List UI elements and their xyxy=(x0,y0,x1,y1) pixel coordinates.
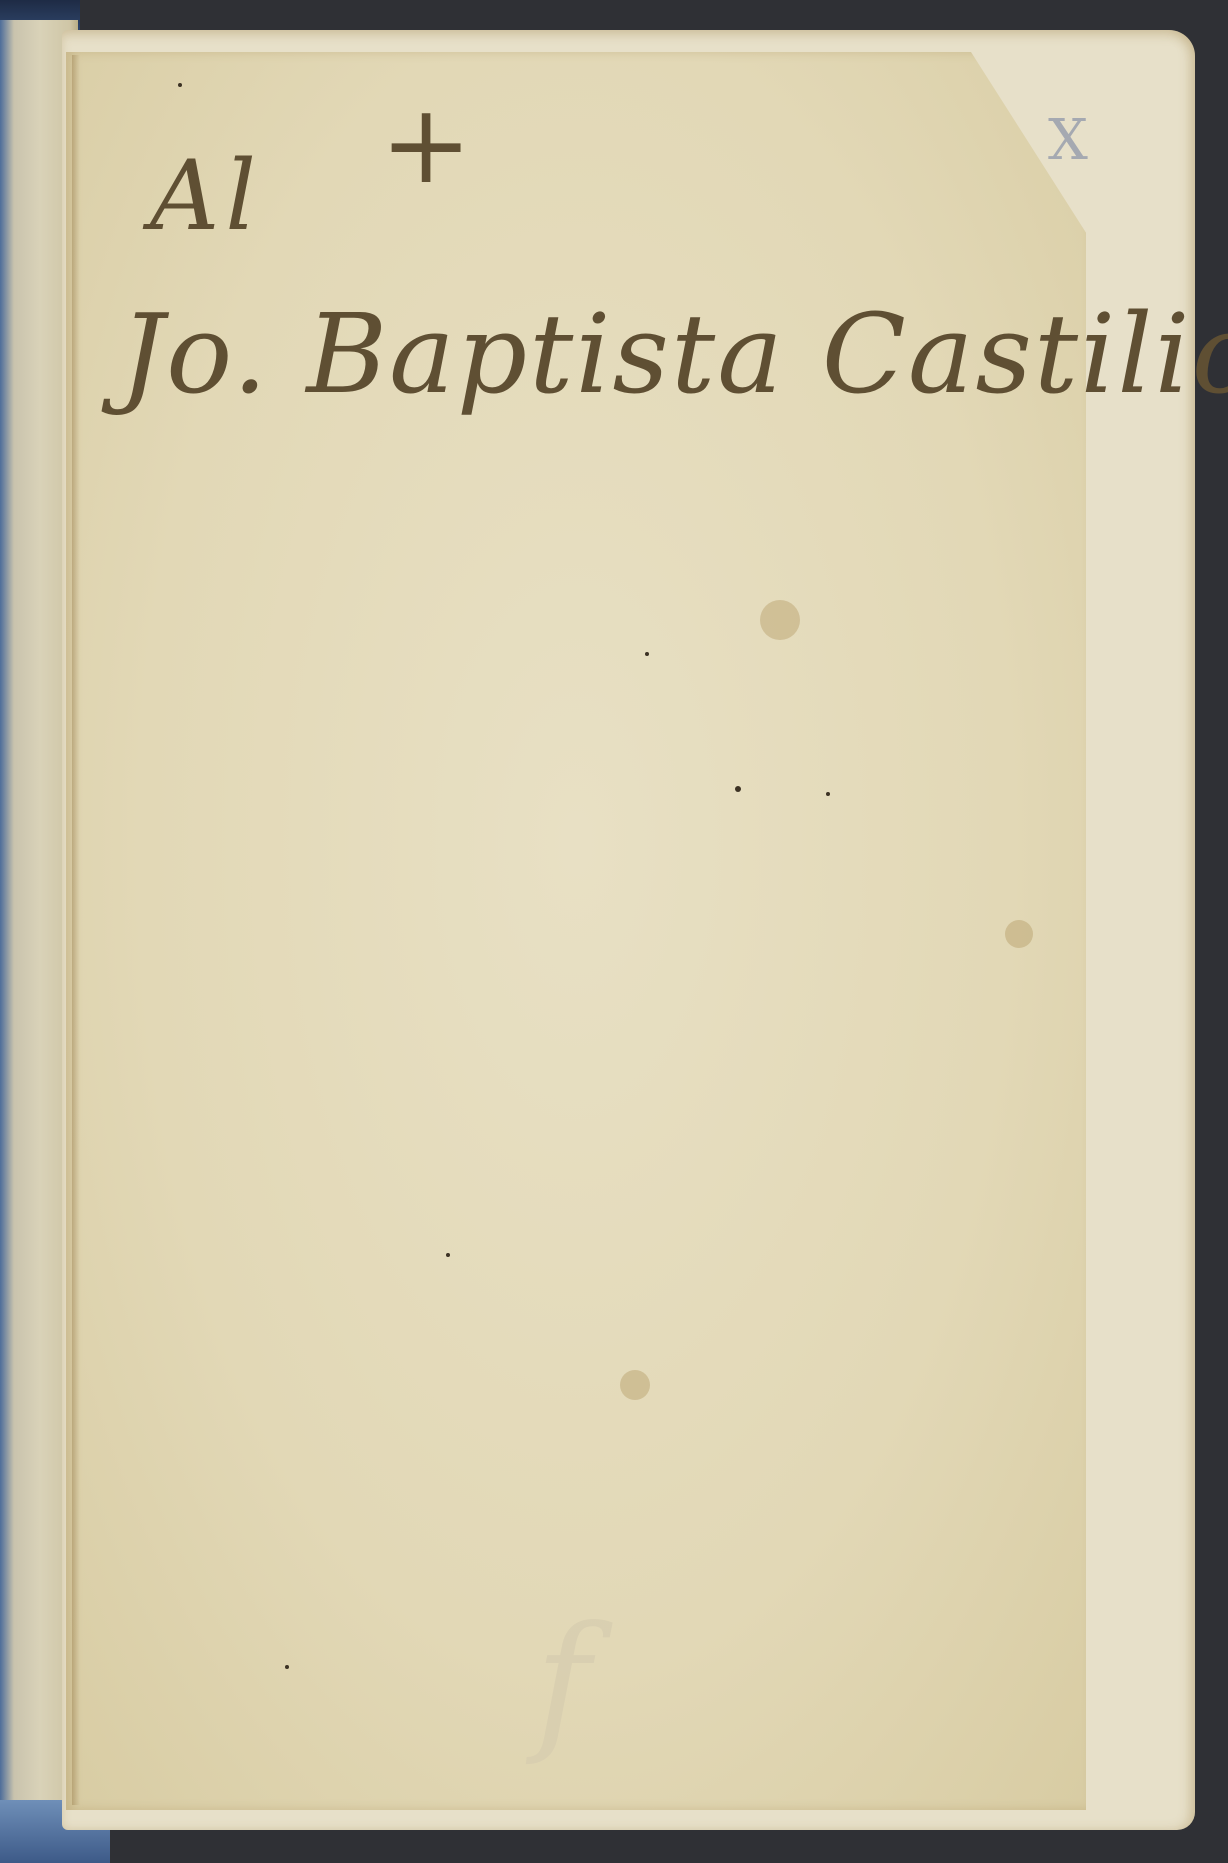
gutter-shadow xyxy=(72,55,80,1805)
ink-speck xyxy=(735,786,741,792)
top-left-mark: Al xyxy=(150,140,262,252)
faint-bottom-mark: f xyxy=(535,1595,591,1769)
cross-mark: + xyxy=(380,80,472,208)
foxing-stain xyxy=(620,1370,650,1400)
foxing-stain xyxy=(1005,920,1033,948)
ink-speck xyxy=(178,83,182,87)
ink-speck xyxy=(645,652,649,656)
ink-speck xyxy=(285,1665,289,1669)
pencil-corner-mark: X xyxy=(1048,108,1088,173)
ink-speck xyxy=(446,1253,450,1257)
ownership-inscription: Jo. Baptista Castiliony Liber xyxy=(120,290,1228,418)
ink-speck xyxy=(826,792,830,796)
foxing-stain xyxy=(760,600,800,640)
